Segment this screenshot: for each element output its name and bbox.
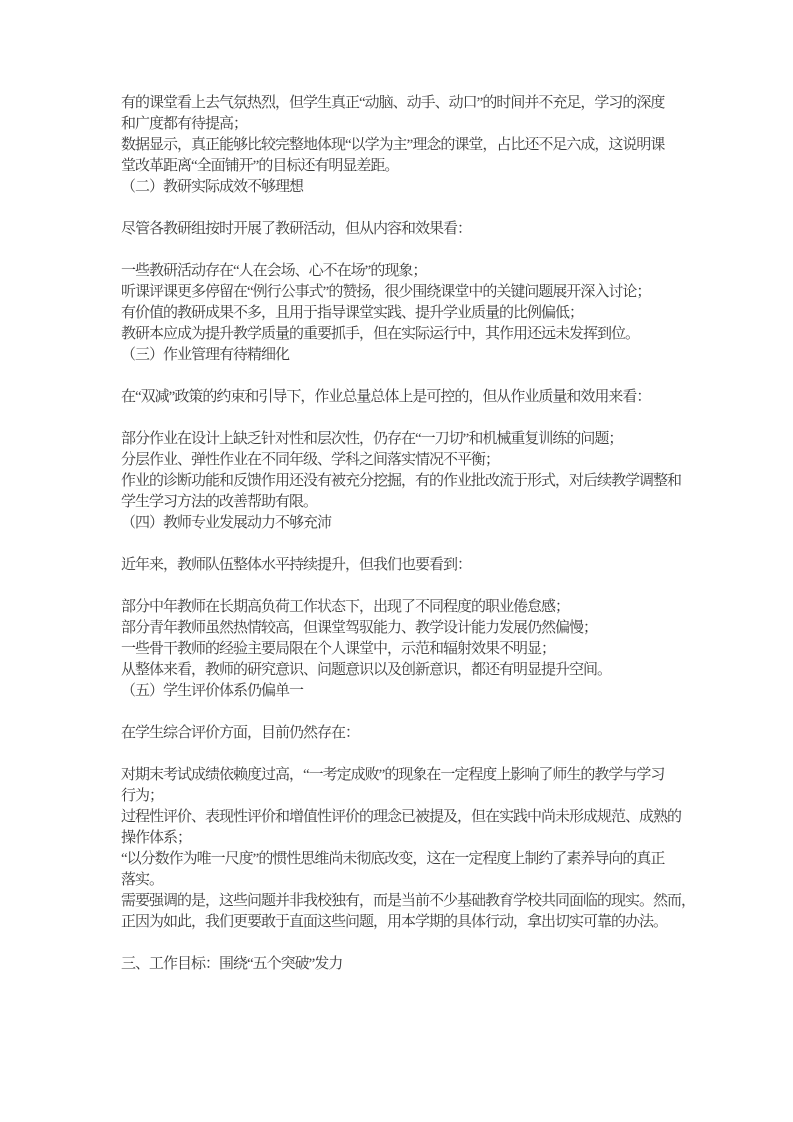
blank-line — [121, 702, 681, 723]
text-line: 近年来，教师队伍整体水平持续提升，但我们也要看到： — [121, 555, 681, 576]
text-line: 行为； — [121, 786, 681, 807]
text-line: 堂改革距离“全面铺开”的目标还有明显差距。 — [121, 156, 681, 177]
text-line: （五）学生评价体系仍偏单一 — [121, 681, 681, 702]
text-line: 需要强调的是，这些问题并非我校独有，而是当前不少基础教育学校共同面临的现实。然而… — [121, 891, 681, 912]
document-page: 有的课堂看上去气氛热烈，但学生真正“动脑、动手、动口”的时间并不充足，学习的深度… — [0, 0, 793, 1122]
blank-line — [121, 198, 681, 219]
text-line: 过程性评价、表现性评价和增值性评价的理念已被提及，但在实践中尚未形成规范、成熟的 — [121, 807, 681, 828]
text-line: 正因为如此，我们更要敢于直面这些问题，用本学期的具体行动，拿出切实可靠的办法。 — [121, 912, 681, 933]
text-line: “以分数作为唯一尺度”的惯性思维尚未彻底改变，这在一定程度上制约了素养导向的真正 — [121, 849, 681, 870]
text-line: （三）作业管理有待精细化 — [121, 345, 681, 366]
text-line: 三、工作目标：围绕“五个突破”发力 — [121, 954, 681, 975]
blank-line — [121, 534, 681, 555]
text-line: 部分作业在设计上缺乏针对性和层次性，仍存在“一刀切”和机械重复训练的问题； — [121, 429, 681, 450]
text-line: 一些骨干教师的经验主要局限在个人课堂中，示范和辐射效果不明显； — [121, 639, 681, 660]
text-line: 操作体系； — [121, 828, 681, 849]
text-line: 和广度都有待提高； — [121, 114, 681, 135]
text-line: 有的课堂看上去气氛热烈，但学生真正“动脑、动手、动口”的时间并不充足，学习的深度 — [121, 93, 681, 114]
text-line: 对期末考试成绩依赖度过高，“一考定成败”的现象在一定程度上影响了师生的教学与学习 — [121, 765, 681, 786]
text-line: 从整体来看，教师的研究意识、问题意识以及创新意识，都还有明显提升空间。 — [121, 660, 681, 681]
blank-line — [121, 408, 681, 429]
text-line: 一些教研活动存在“人在会场、心不在场”的现象； — [121, 261, 681, 282]
blank-line — [121, 933, 681, 954]
blank-line — [121, 240, 681, 261]
document-text-block: 有的课堂看上去气氛热烈，但学生真正“动脑、动手、动口”的时间并不充足，学习的深度… — [121, 93, 681, 975]
text-line: 落实。 — [121, 870, 681, 891]
text-line: 部分青年教师虽然热情较高，但课堂驾驭能力、教学设计能力发展仍然偏慢； — [121, 618, 681, 639]
blank-line — [121, 366, 681, 387]
text-line: 学生学习方法的改善帮助有限。 — [121, 492, 681, 513]
blank-line — [121, 744, 681, 765]
text-line: 分层作业、弹性作业在不同年级、学科之间落实情况不平衡； — [121, 450, 681, 471]
text-line: 有价值的教研成果不多，且用于指导课堂实践、提升学业质量的比例偏低； — [121, 303, 681, 324]
text-line: 尽管各教研组按时开展了教研活动，但从内容和效果看： — [121, 219, 681, 240]
blank-line — [121, 576, 681, 597]
text-line: 数据显示，真正能够比较完整地体现“以学为主”理念的课堂，占比还不足六成，这说明课 — [121, 135, 681, 156]
text-line: （二）教研实际成效不够理想 — [121, 177, 681, 198]
text-line: 听课评课更多停留在“例行公事式”的赞扬，很少围绕课堂中的关键问题展开深入讨论； — [121, 282, 681, 303]
text-line: 部分中年教师在长期高负荷工作状态下，出现了不同程度的职业倦怠感； — [121, 597, 681, 618]
text-line: （四）教师专业发展动力不够充沛 — [121, 513, 681, 534]
text-line: 在“双减”政策的约束和引导下，作业总量总体上是可控的，但从作业质量和效用来看： — [121, 387, 681, 408]
text-line: 教研本应成为提升教学质量的重要抓手，但在实际运行中，其作用还远未发挥到位。 — [121, 324, 681, 345]
text-line: 在学生综合评价方面，目前仍然存在： — [121, 723, 681, 744]
text-line: 作业的诊断功能和反馈作用还没有被充分挖掘，有的作业批改流于形式，对后续教学调整和 — [121, 471, 681, 492]
